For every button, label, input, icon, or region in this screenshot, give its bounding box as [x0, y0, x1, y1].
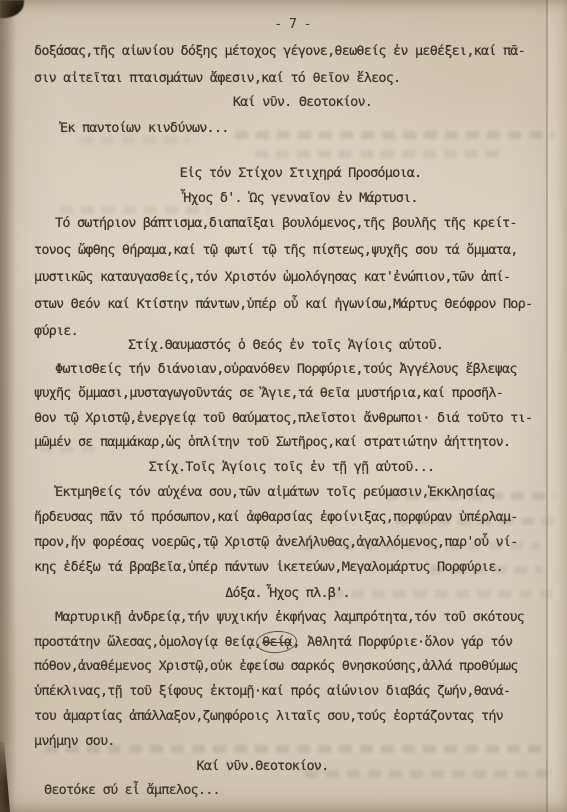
text-line: ὑπέκλινας,τῇ τοῦ ξίφους ἐκτομῇ·καί πρός …: [34, 679, 524, 704]
text-line: Ἐκ παντοίων κινδύνων...: [60, 116, 229, 140]
section-sticheron-3: Ἐκτμηθείς τόν αὐχένα σου,τῶν αἱμάτων τοῖ…: [34, 480, 518, 580]
section-heading-eis-ton-stichon: Εἰς τόν Στίχον Στιχηρά Προσόμοια.: [17, 161, 567, 185]
text-line: στων Θεόν καί Κτίστην πάντων,ὑπέρ οὗ καί…: [34, 291, 532, 318]
text-line: δοξάσας,τῆς αἰωνίου δόξης μέτοχος γέγονε…: [34, 38, 525, 65]
text-line: Στίχ.Τοῖς Ἁγίοις τοῖς ἐν τῇ γῇ αὐτοῦ...: [8, 455, 567, 479]
scan-edge-shading: [0, 0, 16, 812]
bleedthrough-mark: [235, 131, 555, 139]
text-line: μυστικῶς καταυγασθείς,τόν Χριστόν ὡμολόγ…: [34, 264, 532, 291]
text-line: ἤρδευσας πᾶν τό πρόσωπον,καί ἀφθαρσίας ἐ…: [34, 505, 518, 530]
section-ek-pantoion-kindynon: Ἐκ παντοίων κινδύνων...: [60, 116, 229, 140]
section-heading-doxa: Δόξα. Ἦχος πλ.β'.: [4, 581, 567, 605]
text-line: Καί νῦν. Θεοτοκίον.: [19, 90, 567, 114]
text-line: μνήμην σου.: [34, 729, 524, 754]
strikethrough-annotation: θείᾳ: [261, 634, 292, 650]
section-kai-nyn-theotokion-1: Καί νῦν. Θεοτοκίον.: [19, 90, 567, 114]
text-line: Ἦχος δ'. Ὡς γενναῖον ἐν Μάρτυσι.: [17, 186, 567, 210]
text-line: θον τῷ Χριστῷ,ἐνεργείᾳ τοῦ θαύματος,πλεῖ…: [34, 406, 532, 430]
text-line: Φωτισθείς τήν διάνοιαν,οὐρανόθεν Πορφύρι…: [34, 357, 532, 381]
text-line: κης ἐδέξω τά βραβεῖα,ὑπέρ πάντων ἱκετεύω…: [34, 555, 518, 580]
text-line: μῶμέν σε παμμάκαρ,ὡς ὁπλίτην τοῦ Σωτῆρος…: [34, 430, 532, 454]
section-stichos-2: Στίχ.Τοῖς Ἁγίοις τοῖς ἐν τῇ γῇ αὐτοῦ...: [8, 455, 567, 479]
page-number: - 7 -: [9, 16, 567, 32]
text-line: Θεοτόκε σύ εἶ ἄμπελος...: [44, 778, 220, 802]
text-line: Ἐκτμηθείς τόν αὐχένα σου,τῶν αἱμάτων τοῖ…: [34, 480, 518, 505]
section-sticheron-2: Φωτισθείς τήν διάνοιαν,οὐρανόθεν Πορφύρι…: [34, 357, 532, 454]
text-line: Εἰς τόν Στίχον Στιχηρά Προσόμοια.: [17, 161, 567, 185]
text-line: προστάτην ὤλεσας,ὁμολογίᾳ θείᾳ,θείᾳ, Ἀθλ…: [34, 630, 524, 655]
text-line: προν,ἥν φορέσας νοερῶς,τῷ Χριστῷ ἀνελήλυ…: [34, 530, 518, 555]
text-line: Στίχ.Θαυμαστός ὁ Θεός ἐν τοῖς Ἁγίοις αὐτ…: [2, 333, 567, 357]
text-line: σιν αἰτεῖται πταισμάτων ἄφεσιν,καί τό θε…: [34, 65, 525, 92]
scanned-page: - 7 - δοξάσας,τῆς αἰωνίου δόξης μέτοχος …: [0, 0, 567, 812]
section-doxology-ending: δοξάσας,τῆς αἰωνίου δόξης μέτοχος γέγονε…: [34, 38, 525, 92]
section-theotoke-sy-ei-ampelos: Θεοτόκε σύ εἶ ἄμπελος...: [44, 778, 220, 802]
text-line: του ἁμαρτίας ἀπάλλαξον,ζωηφόροις λιταῖς …: [34, 704, 524, 729]
bleedthrough-mark: [255, 150, 505, 158]
text-line: ψυχῆς ὄμμασι,μυσταγωγοῦντάς σε Ἅγιε,τά θ…: [34, 381, 532, 405]
text-line: Τό σωτήριον βάπτισμα,διαπαῖξαι βουλόμενο…: [34, 210, 532, 237]
text-line: τονος ὤφθης θήραμα,καί τῷ φωτί τῷ τῆς πί…: [34, 237, 532, 264]
text-line: Μαρτυρικῇ ἀνδρείᾳ,τήν ψυχικήν ἐκφήνας λα…: [34, 605, 524, 630]
section-heading-echos-d: Ἦχος δ'. Ὡς γενναῖον ἐν Μάρτυσι.: [17, 186, 567, 210]
text-line: πόθον,ἀναθέμενος Χριστῷ,οὐκ ἐφείσω σαρκό…: [34, 654, 524, 679]
section-stichos-1: Στίχ.Θαυμαστός ὁ Θεός ἐν τοῖς Ἁγίοις αὐτ…: [2, 333, 567, 357]
section-kai-nyn-theotokion-2: Καί νῦν.Θεοτοκίον.: [0, 754, 546, 778]
section-doxastikon: Μαρτυρικῇ ἀνδρείᾳ,τήν ψυχικήν ἐκφήνας λα…: [34, 605, 524, 753]
text-line: Δόξα. Ἦχος πλ.β'.: [4, 581, 567, 605]
section-sticheron-1: Τό σωτήριον βάπτισμα,διαπαῖξαι βουλόμενο…: [34, 210, 532, 345]
page-edge-band: [548, 0, 567, 812]
text-line: Καί νῦν.Θεοτοκίον.: [0, 754, 546, 778]
